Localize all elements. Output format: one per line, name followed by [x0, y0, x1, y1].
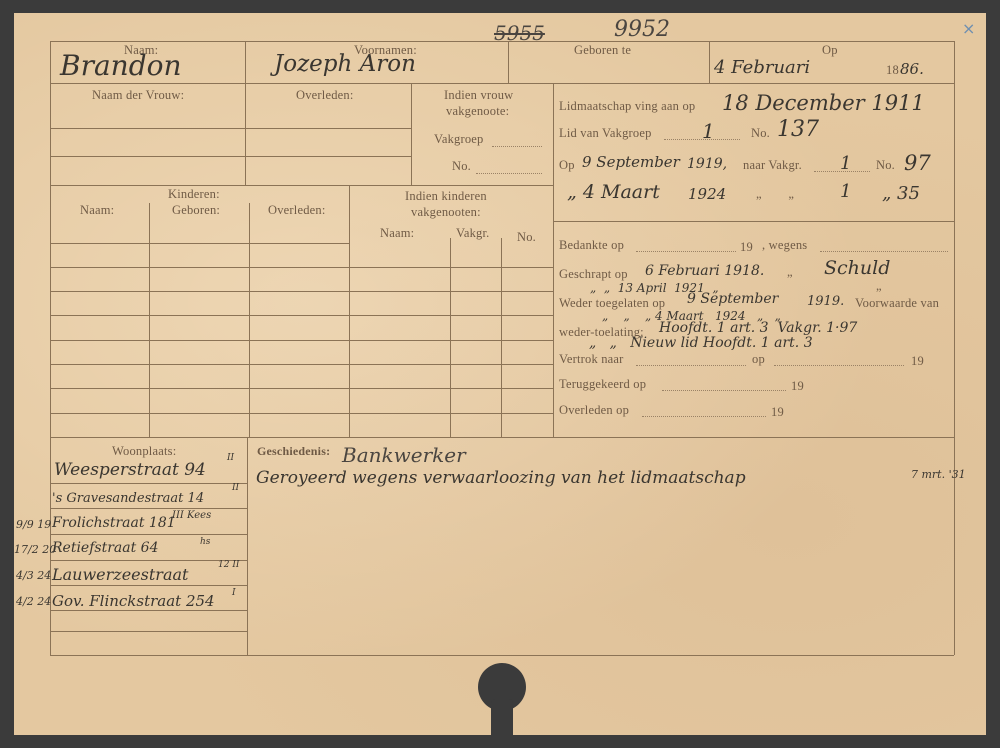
vrouw-overleden-label: Overleden:	[296, 88, 354, 103]
woonplaats-sup: hs	[200, 537, 210, 547]
divider	[411, 83, 412, 185]
kind-sub-vakgr-label: Vakgr.	[456, 226, 490, 241]
woonplaats-sup: II	[227, 453, 234, 463]
divider	[245, 83, 246, 185]
divider	[709, 41, 710, 83]
indien-vrouw-label-1: Indien vrouw	[444, 88, 513, 103]
dotted-line	[636, 365, 746, 366]
overleden-year: 19	[771, 405, 784, 420]
naam-der-vrouw-label: Naam der Vrouw:	[92, 88, 184, 103]
vertrok-op-label: op	[752, 352, 765, 367]
divider	[50, 128, 411, 129]
corner-mark-icon: ×	[962, 19, 975, 38]
teruggekeerd-year: 19	[791, 379, 804, 394]
naam-value: Brandon	[60, 49, 182, 82]
woonplaats-date: 4/2 24	[16, 595, 51, 608]
woonplaats-address: Retiefstraat 64	[52, 540, 158, 556]
op-label: Op	[822, 43, 838, 58]
weder-toegelaten-year: 1919.	[807, 294, 844, 309]
geschrapt-2-ditto: „	[876, 279, 882, 294]
woonplaats-address: Frolichstraat 181	[52, 515, 176, 531]
divider	[50, 437, 954, 438]
transfer1-vakgr: 1	[840, 153, 851, 174]
indien-vrouw-label-2: vakgenoote:	[446, 104, 509, 119]
divider	[50, 243, 349, 244]
geschiedenis-line1: Bankwerker	[342, 443, 466, 467]
woonplaats-address: 's Gravesandestraat 14	[52, 491, 204, 506]
transfer1-date: 9 September	[582, 153, 680, 171]
transfer2-no: „ 35	[882, 183, 920, 204]
kind-geboren-label: Geboren:	[172, 203, 220, 218]
divider	[50, 41, 954, 42]
bedankte-year: 19	[740, 240, 753, 255]
overleden-op-label: Overleden op	[559, 403, 629, 418]
divider	[50, 388, 553, 389]
no-label: No.	[751, 126, 770, 141]
woonplaats-sup: 12 II	[218, 560, 239, 570]
vakgroep-label: Lid van Vakgroep	[559, 126, 652, 141]
dotted-line	[642, 416, 766, 417]
divider	[50, 315, 553, 316]
transfer2-date: „ 4 Maart	[567, 181, 660, 203]
kinderen-title: Kinderen:	[168, 187, 220, 202]
transfer1-no: 97	[904, 151, 931, 175]
vrouw-vakgroep-label: Vakgroep	[434, 132, 484, 147]
divider	[50, 655, 954, 656]
toelating-value: Hoofdt. 1 art. 3 Vakgr. 1·97	[659, 320, 857, 336]
geschrapt-value: 6 Februari 1918.	[645, 263, 764, 279]
kind-sub-no-label: No.	[517, 230, 536, 245]
divider	[50, 508, 247, 509]
voornamen-value: Jozeph Aron	[274, 51, 416, 77]
divider	[50, 483, 247, 484]
year-suffix: 86.	[900, 60, 924, 78]
teruggekeerd-label: Teruggekeerd op	[559, 377, 646, 392]
woonplaats-date: 9/9 19	[16, 518, 51, 531]
transfer2-year: 1924	[688, 185, 726, 203]
divider	[553, 83, 554, 437]
woonplaats-sup: III Kees	[172, 510, 211, 521]
lidmaatschap-label: Lidmaatschap ving aan op	[559, 99, 695, 114]
geschrapt-ditto: „	[787, 265, 793, 280]
divider	[50, 83, 954, 84]
bedankte-label: Bedankte op	[559, 238, 624, 253]
filing-rod-slot	[491, 699, 513, 739]
geschiedenis-line2-date: 7 mrt. '31	[911, 468, 966, 481]
year-prefix: 18	[886, 63, 899, 78]
woonplaats-sup: II	[232, 483, 239, 493]
divider	[349, 185, 350, 437]
vertrok-year: 19	[911, 354, 924, 369]
geschrapt-label: Geschrapt op	[559, 267, 628, 282]
no-value: 137	[777, 117, 819, 142]
woonplaats-date: 17/2 20	[14, 543, 56, 556]
kind-naam-label: Naam:	[80, 203, 114, 218]
dotted-line	[774, 365, 904, 366]
dotted-line	[662, 390, 786, 391]
divider	[349, 267, 553, 268]
voorwaarde-label: Voorwaarde van	[855, 296, 939, 311]
divider	[553, 221, 954, 222]
divider	[954, 41, 955, 655]
card-number: 9952	[614, 17, 670, 42]
weder-toegelaten-value: 9 September	[687, 291, 778, 307]
lidmaatschap-value: 18 December 1911	[722, 91, 925, 115]
divider	[50, 364, 553, 365]
transfer2-vakgr: 1	[840, 181, 851, 202]
divider	[249, 203, 250, 437]
woonplaats-sup: I	[232, 588, 236, 598]
divider	[50, 631, 247, 632]
woonplaats-address: Gov. Flinckstraat 254	[52, 592, 215, 610]
divider	[50, 291, 553, 292]
divider	[50, 267, 349, 268]
geschiedenis-label: Geschiedenis:	[257, 444, 330, 459]
wegens-label: , wegens	[762, 238, 807, 253]
indien-kinderen-label-2: vakgenooten:	[411, 205, 481, 220]
kind-overleden-label: Overleden:	[268, 203, 326, 218]
transfer2-ditto: „ „	[756, 187, 794, 202]
woonplaats-label: Woonplaats:	[112, 444, 176, 459]
transfer1-op-label: Op	[559, 158, 575, 173]
woonplaats-address: Lauwerzeestraat	[52, 565, 188, 584]
divider	[50, 585, 247, 586]
vertrok-label: Vertrok naar	[559, 352, 624, 367]
divider	[149, 203, 150, 437]
woonplaats-date: 4/3 24	[16, 569, 51, 582]
divider	[50, 185, 553, 186]
woonplaats-address: Weesperstraat 94	[54, 460, 206, 480]
divider	[50, 413, 553, 414]
dotted-line	[476, 173, 542, 174]
naar-vakgr-label: naar Vakgr.	[743, 158, 802, 173]
transfer1-no-label: No.	[876, 158, 895, 173]
kind-sub-naam-label: Naam:	[380, 226, 414, 241]
divider	[508, 41, 509, 83]
op-value: 4 Februari	[714, 57, 810, 78]
indien-kinderen-label-1: Indien kinderen	[405, 189, 487, 204]
divider	[50, 610, 247, 611]
vrouw-no-label: No.	[452, 159, 471, 174]
vakgroep-value: 1	[702, 119, 715, 143]
divider	[247, 437, 248, 655]
geschiedenis-line2: Geroyeerd wegens verwaarloozing van het …	[256, 468, 746, 488]
geboren-label: Geboren te	[574, 43, 631, 58]
member-index-card: 5955 9952 × Naam: Brandon Voornamen: Joz…	[14, 13, 986, 735]
divider	[245, 41, 246, 83]
divider	[50, 156, 411, 157]
transfer1-year: 1919,	[687, 156, 727, 172]
toelating-2: „ „ Nieuw lid Hoofdt. 1 art. 3	[589, 335, 813, 351]
dotted-line	[636, 251, 736, 252]
divider	[50, 41, 51, 655]
divider	[50, 340, 553, 341]
geschrapt-reason: Schuld	[824, 257, 890, 279]
dotted-line	[492, 146, 542, 147]
divider	[50, 534, 247, 535]
dotted-line	[820, 251, 948, 252]
